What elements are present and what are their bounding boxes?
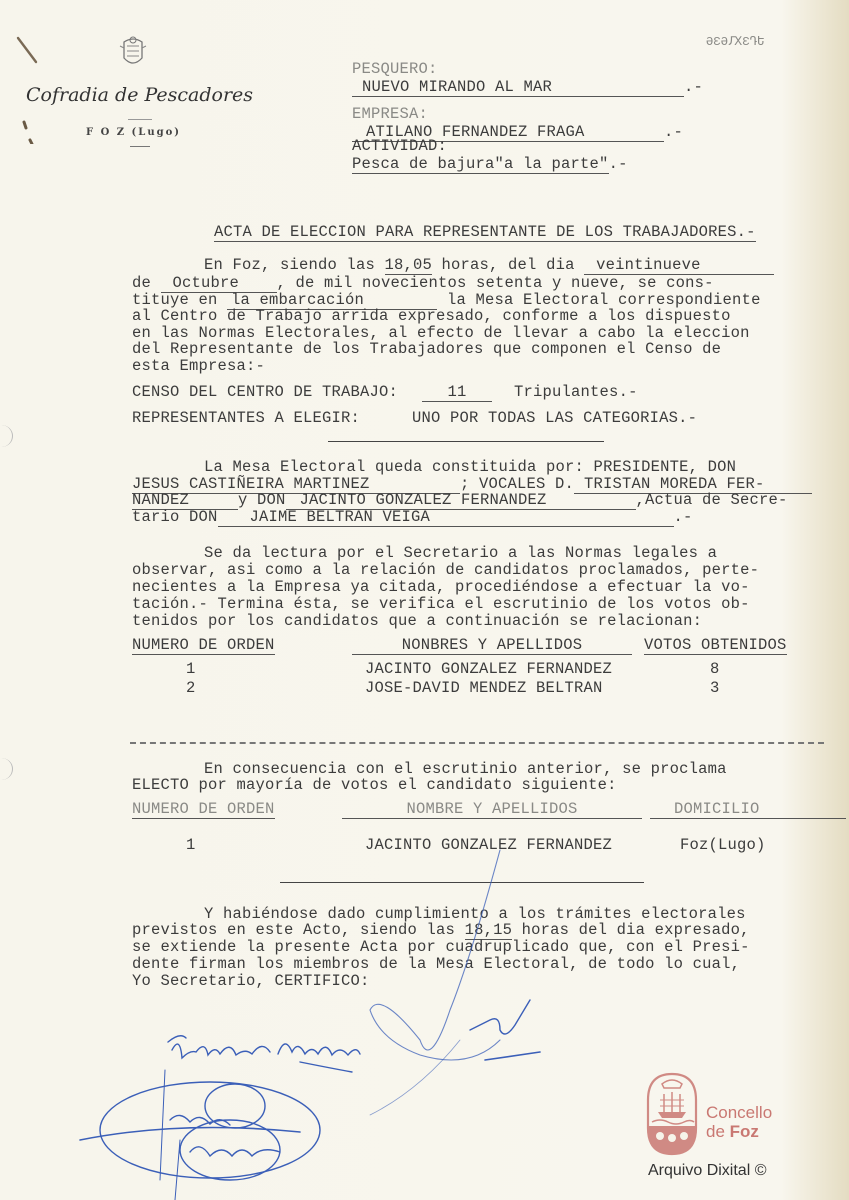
text: .- — [674, 508, 693, 526]
censo-row: CENSO DEL CENTRO DE TRABAJO:11Tripulante… — [132, 383, 638, 402]
mesa-line1: La Mesa Electoral queda constituida por:… — [204, 458, 736, 476]
para1-line4: al Centro de Trabajo arrida expresado, c… — [132, 307, 731, 325]
pesquero-suffix: .- — [684, 78, 703, 96]
watermark-line1: Concello — [706, 1103, 772, 1122]
document-page: Cofradia de Pescadores F O Z (Lugo) PESQ… — [0, 0, 849, 1200]
para2-line4: tación.- Termina ésta, se verifica el es… — [132, 595, 750, 613]
text: Foz — [730, 1122, 759, 1141]
text: tario DON — [132, 508, 218, 526]
org-name: Cofradia de Pescadores — [26, 84, 253, 106]
secretario-value: JAIME BELTRAN VEIGA — [218, 508, 674, 527]
org-location: F O Z (Lugo) — [86, 127, 181, 138]
elected-header-orden: NUMERO DE ORDEN — [132, 800, 275, 819]
representantes-label: REPRESENTANTES A ELEGIR: — [132, 409, 360, 427]
text: de — [706, 1122, 730, 1141]
censo-suffix: Tripulantes.- — [492, 383, 638, 401]
para2-line1: Se da lectura por el Secretario a las No… — [204, 544, 717, 562]
title-text: ACTA DE ELECCION PARA REPRESENTANTE DE L… — [214, 223, 756, 242]
nombre-cell: JACINTO GONZALEZ FERNANDEZ — [365, 660, 612, 678]
para2-line3: necientes a la Empresa ya citada, proced… — [132, 578, 750, 596]
signature-icon — [0, 840, 620, 1200]
text: horas, del dia — [432, 256, 584, 274]
orden-cell: 2 — [186, 679, 196, 697]
dashed-divider — [130, 742, 824, 744]
actividad-field: ACTIVIDAD: Pesca de bajura"a la parte".- — [314, 119, 628, 192]
representantes-row: REPRESENTANTES A ELEGIR:UNO POR TODAS LA… — [132, 409, 697, 427]
para1-line1: En Foz, siendo las 18,05 horas, del dia … — [204, 256, 774, 275]
coat-of-arms-icon — [118, 34, 148, 70]
empresa-suffix: .- — [664, 123, 683, 141]
para1-line7: esta Empresa:- — [132, 357, 265, 375]
start-time: 18,05 — [385, 256, 433, 275]
divider — [128, 119, 152, 120]
para2-line5: tenidos por los candidatos que a continu… — [132, 612, 702, 630]
watermark-caption: Arquivo Dixital © — [648, 1162, 767, 1180]
votes-header-votos: VOTOS OBTENIDOS — [644, 636, 787, 655]
text: En Foz, siendo las — [204, 256, 385, 274]
votos-cell: 8 — [710, 660, 720, 678]
censo-value: 11 — [422, 383, 492, 402]
nombre-cell: JOSE-DAVID MENDEZ BELTRAN — [365, 679, 603, 697]
text: ,Actua de Secre- — [636, 491, 788, 509]
representantes-value: UNO POR TODAS LAS CATEGORIAS.- — [360, 409, 697, 427]
text: de — [132, 274, 161, 292]
orden-cell: 1 — [186, 660, 196, 678]
elected-header-nombre: NOMBRE Y APELLIDOS — [342, 800, 642, 819]
watermark-line2: de Foz — [706, 1122, 759, 1141]
punch-hole — [0, 425, 13, 447]
document-title: ACTA DE ELECCION PARA REPRESENTANTE DE L… — [176, 205, 756, 260]
mesa-line4: tario DONJAIME BELTRAN VEIGA.- — [132, 508, 693, 527]
actividad-value: Pesca de bajura"a la parte" — [352, 155, 609, 174]
divider — [130, 146, 150, 147]
votes-header-nombre: NONBRES Y APELLIDOS — [352, 636, 632, 655]
day-value: veintinueve — [584, 256, 774, 275]
para3-line2: ELECTO por mayoría de votos el candidato… — [132, 776, 617, 794]
votos-cell: 3 — [710, 679, 720, 697]
para1-line6: del Representante de los Trabajadores qu… — [132, 340, 721, 358]
stamp-text: ӘԐӘԔԐԴԵ — [706, 34, 765, 49]
punch-hole — [0, 758, 13, 780]
concello-foz-logo-icon — [644, 1072, 700, 1156]
votes-header-orden: NUMERO DE ORDEN — [132, 636, 275, 655]
actividad-label: ACTIVIDAD: — [352, 137, 447, 155]
text: , de mil novecientos setenta y nueve, se… — [277, 274, 714, 292]
pesquero-label: PESQUERO: — [352, 60, 438, 78]
text: y DON — [238, 491, 286, 509]
para2-line2: observar, asi como a la relación de cand… — [132, 561, 759, 579]
censo-label: CENSO DEL CENTRO DE TRABAJO: — [132, 383, 398, 401]
domicilio-cell: Foz(Lugo) — [680, 836, 766, 854]
section-divider — [328, 441, 604, 442]
elected-header-domicilio: DOMICILIO — [650, 800, 846, 819]
actividad-suffix: .- — [609, 155, 628, 173]
